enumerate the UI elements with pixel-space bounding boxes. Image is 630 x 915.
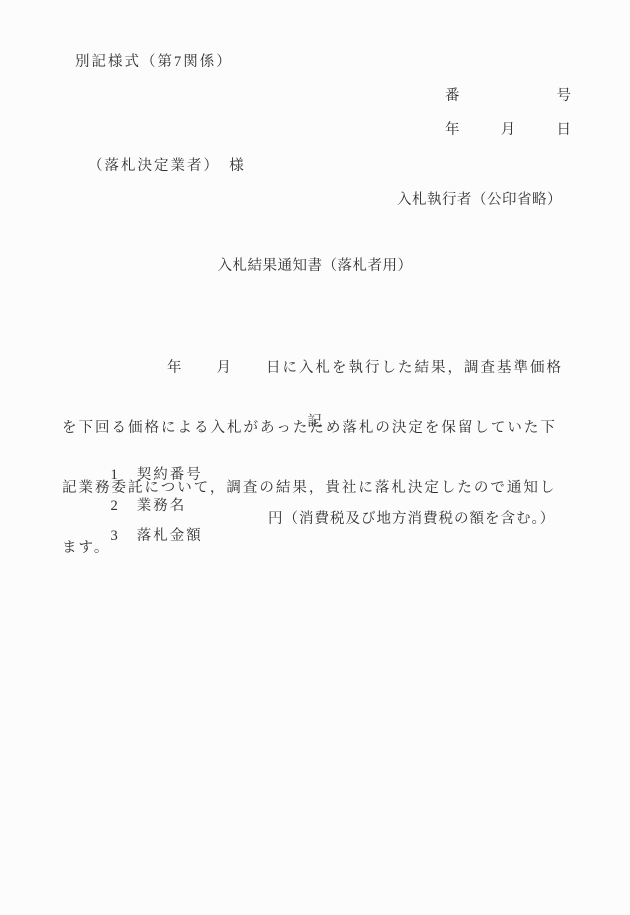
date-line: 年 月 日	[445, 118, 571, 139]
list-item-label: 落札金額	[137, 528, 203, 544]
document-number-prefix-label: 番	[445, 84, 460, 105]
body-line: 年 月 日に入札を執行した結果，調査基準価格	[62, 358, 574, 378]
section-marker: 記	[0, 410, 630, 431]
date-year-label: 年	[445, 118, 460, 139]
date-day-label: 日	[557, 118, 572, 139]
issuer-line: 入札執行者（公印省略）	[397, 188, 562, 209]
list-item-number: 3	[111, 528, 120, 545]
document-title: 入札結果通知書（落札者用）	[0, 254, 630, 275]
list-item-award-amount: 3落札金額 円（消費税及び地方消費税の額を含む。）	[88, 507, 203, 579]
list-item-amount-note: 円（消費税及び地方消費税の額を含む。）	[268, 507, 555, 528]
document-number-suffix-label: 号	[557, 84, 572, 105]
document-number-line: 番 号	[445, 84, 571, 105]
document-page: 別記様式（第7関係） 番 号 年 月 日 （落札決定業者） 様 入札執行者（公印…	[0, 0, 630, 915]
addressee-line: （落札決定業者） 様	[88, 154, 246, 175]
date-month-label: 月	[501, 118, 516, 139]
form-reference-label: 別記様式（第7関係）	[75, 50, 233, 71]
